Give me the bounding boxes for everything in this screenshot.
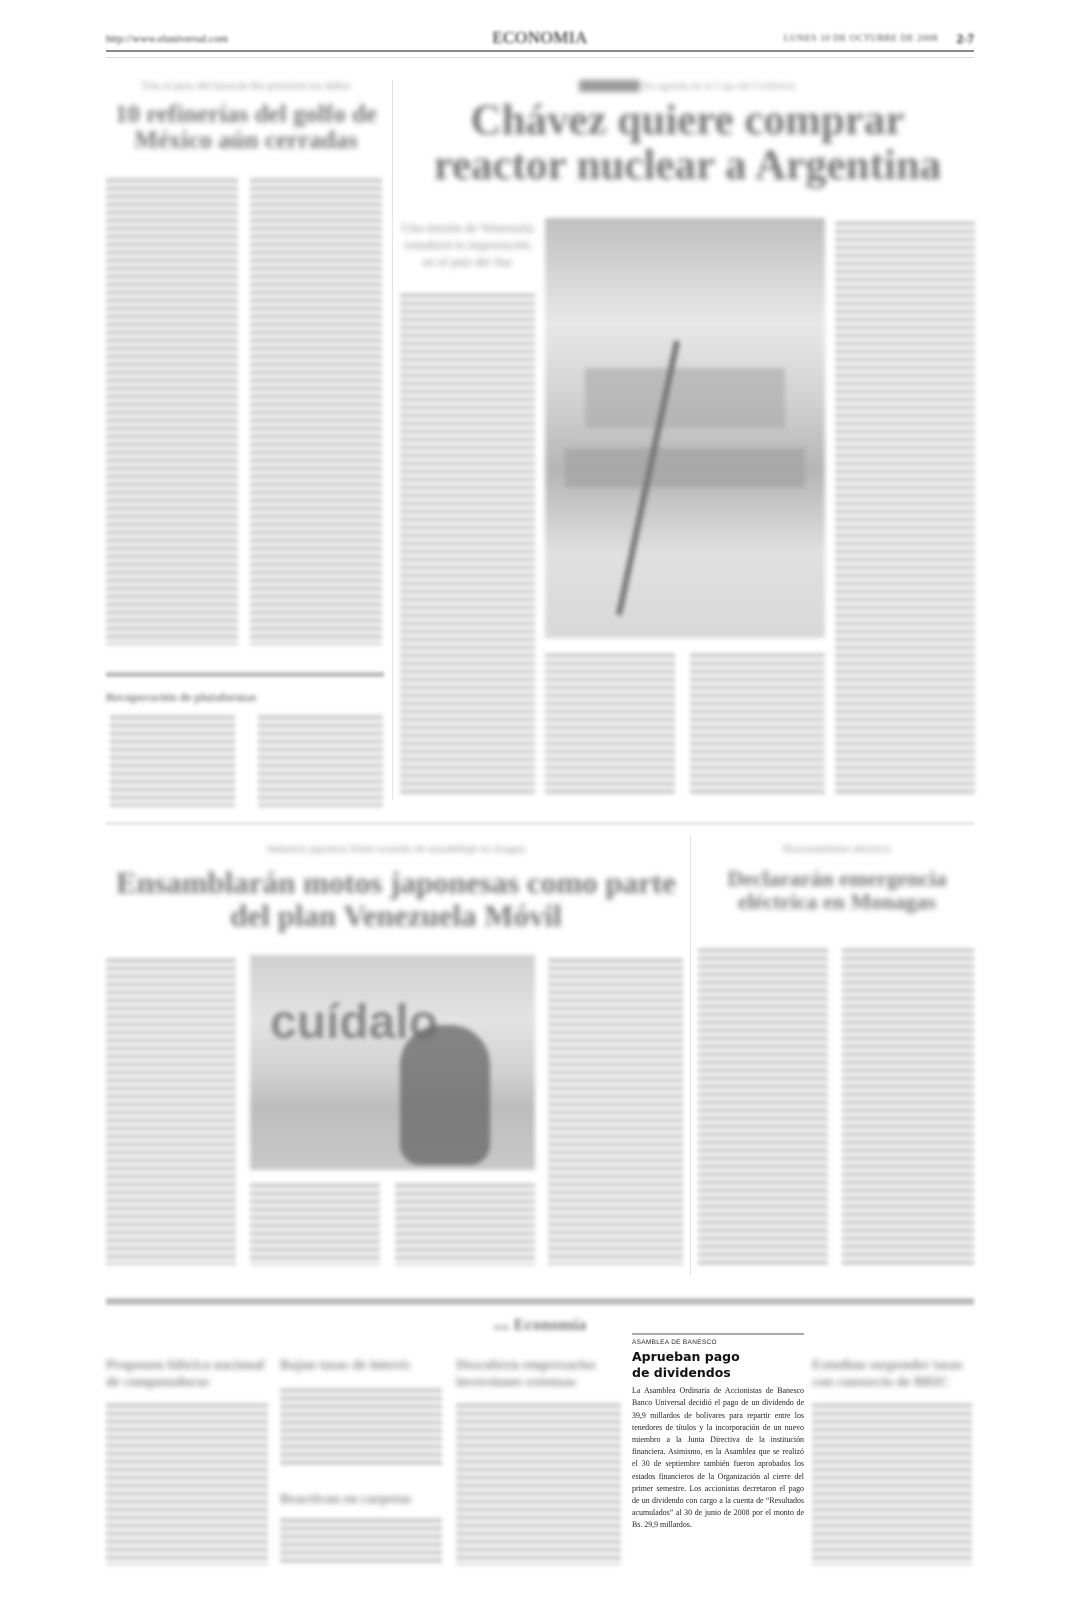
motos-body-col4	[548, 955, 683, 1265]
reactor-deck: Una misión de Venezuela estudiará la imp…	[400, 220, 535, 271]
brief-body-4	[456, 1400, 621, 1565]
refineries-body-col1	[106, 175, 238, 645]
sidebar-body-col1	[110, 712, 235, 807]
reactor-body-col4	[835, 218, 975, 795]
brief-banesco-headline: Aprueban pago de dividendos	[632, 1349, 804, 1380]
brief-headline-2: Bajan tasas de interés	[280, 1358, 445, 1374]
reactor-kicker: En agenda de la Caja del Gobierno	[642, 80, 795, 92]
sidebar-rule	[106, 672, 384, 677]
headline-line-1: Aprueban pago	[632, 1349, 740, 1364]
refineries-body-col2	[250, 175, 382, 645]
page-number: 2-7	[957, 31, 974, 47]
monagas-headline: Declararán emergencia eléctrica en Monag…	[698, 867, 976, 913]
motos-body-col2	[250, 1180, 380, 1265]
sidebar-body-col2	[258, 712, 383, 807]
section-divider	[106, 822, 974, 825]
issue-date: LUNES 10 DE OCTUBRE DE 2008	[784, 34, 938, 44]
motos-photo: cuídalo	[250, 955, 535, 1170]
brief-body-3	[280, 1515, 442, 1565]
brief-headline-3: Reactivan en carpetas	[280, 1492, 445, 1508]
brief-body-2	[280, 1385, 442, 1465]
brief-headline-4: Descubren empresarios inversiones extens…	[456, 1358, 621, 1392]
reactor-headline: Chávez quiere comprar reactor nuclear a …	[400, 98, 975, 188]
brief-banesco: ASAMBLEA DE BANESCO Aprueban pago de div…	[632, 1333, 804, 1532]
briefs-rule	[106, 1298, 974, 1305]
briefs-label: más Economía	[0, 1315, 1080, 1335]
brief-headline-1: Proponen fábrica nacional de computadora…	[106, 1358, 271, 1392]
motos-body-col3	[395, 1180, 535, 1265]
reactor-body-col3	[690, 650, 825, 795]
header-rule	[106, 50, 974, 52]
briefs-label-small: más	[494, 1322, 510, 1333]
monagas-body-col2	[842, 945, 974, 1265]
headline-line-2: de dividendos	[632, 1365, 731, 1380]
brief-headline-6: Estudian suspender tasas con consorcio d…	[812, 1358, 974, 1392]
motos-body-col1	[106, 955, 236, 1265]
brief-banesco-tag: ASAMBLEA DE BANESCO	[632, 1339, 804, 1346]
brief-body-6	[812, 1400, 972, 1565]
header-rule-thin	[106, 57, 974, 58]
reactor-kicker-tag: ENERGÍA	[579, 80, 639, 92]
brief-body-1	[106, 1400, 268, 1565]
sidebar-headline: Recuperación de plataformas	[106, 690, 384, 705]
column-divider	[392, 80, 393, 800]
column-divider-mid	[690, 835, 691, 1275]
article-reactor: ENERGÍA En agenda de la Caja del Gobiern…	[400, 80, 975, 188]
monagas-body-col1	[698, 945, 828, 1265]
refineries-headline: 10 refinerías del golfo de México aún ce…	[106, 102, 386, 155]
motos-headline: Ensamblarán motos japonesas como parte d…	[106, 867, 686, 932]
motos-kicker: Industria japonesa firmó acuerdo de ensa…	[106, 843, 686, 855]
article-monagas: Racionamiento eléctrico Declararán emerg…	[698, 843, 976, 913]
reactor-photo	[545, 218, 825, 638]
reactor-body-col1	[400, 290, 535, 795]
briefs-label-main: Economía	[514, 1315, 587, 1334]
article-refineries: Tras el paso del huracán Ike persisten l…	[106, 80, 386, 155]
article-motos: Industria japonesa firmó acuerdo de ensa…	[106, 843, 686, 932]
brief-banesco-body: La Asamblea Ordinaria de Accionistas de …	[632, 1385, 804, 1531]
refineries-kicker: Tras el paso del huracán Ike persisten l…	[106, 80, 386, 92]
reactor-body-col2	[545, 650, 675, 795]
monagas-kicker: Racionamiento eléctrico	[698, 843, 976, 855]
